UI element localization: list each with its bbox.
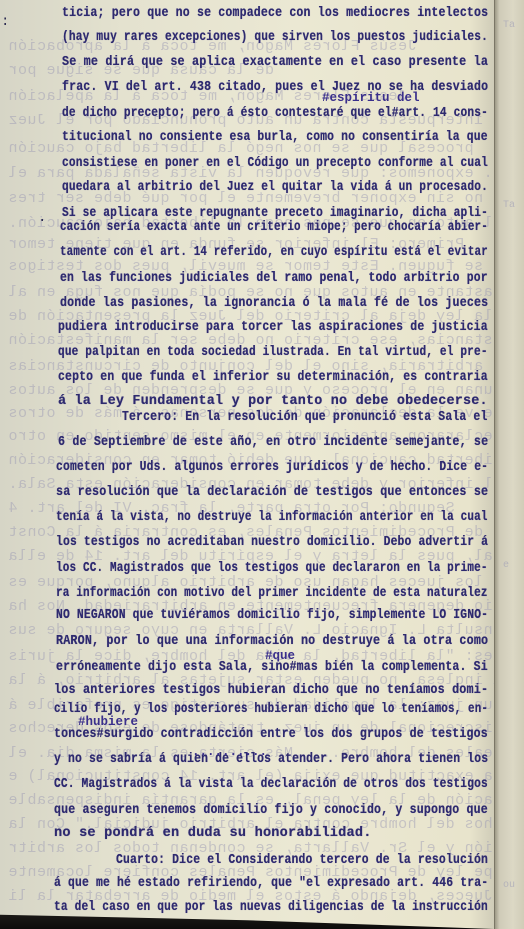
text-line: cometen por Uds. algunos errores jurídic…: [56, 460, 488, 475]
handwritten-insert: #espíritu del: [322, 91, 420, 105]
text-line: consistiese en poner en el Código un pre…: [62, 156, 488, 171]
text-line: no se pondrá en duda su honorabilidad.: [54, 826, 372, 841]
text-line: á que me hé estado refiriendo, que "el e…: [54, 876, 488, 891]
text-line: Cuarto: Dice el Considerando tercero de …: [116, 853, 488, 868]
handwritten-insert: #que: [265, 649, 295, 663]
text-line: los anteriores testigos hubieran dicho q…: [54, 683, 488, 698]
text-line: NO NEGARON que tuviéramos domicilio fijo…: [56, 608, 488, 623]
adjacent-page-ghost: Ta: [503, 20, 515, 31]
text-line: que aseguren tenemos domicilio fijo y co…: [54, 803, 488, 818]
text-line: quedara al arbitrio del Juez el quitar l…: [62, 180, 488, 195]
text-line: ticia; pero que no se compadece con los …: [62, 6, 488, 21]
text-line: tenía á la vista, no destruye la informa…: [56, 510, 488, 525]
text-line: Tercero: En la resolución que pronunció …: [122, 410, 488, 425]
text-line: titucional no consiente esa burla, como …: [62, 130, 488, 145]
text-line: 6 de Septiembre de este año, en otro inc…: [58, 435, 488, 450]
text-line: á la Ley Fundamental y por tanto no debe…: [58, 394, 488, 409]
typewritten-text: ticia; pero que no se compadece con los …: [0, 0, 494, 929]
text-line: Se me dirá que se aplica exactamente en …: [62, 55, 488, 70]
text-line: Si se aplicara este repugnante preceto i…: [62, 206, 488, 221]
text-line: los CC. Magistrados que los testigos que…: [56, 561, 488, 576]
handwritten-insert: #hubiere: [78, 715, 138, 729]
text-line: tamente con el art. 14 referido, en cuyo…: [60, 245, 488, 260]
text-line: frac. VI del art. 438 citado, pues el Ju…: [62, 80, 488, 95]
text-line: que palpitan en toda sociedad ilustrada.…: [58, 345, 488, 360]
document-page: Jesús Flores Magón, me toca á la aprobac…: [0, 0, 494, 929]
text-line: ta del caso en que por las nuevas dilige…: [54, 900, 488, 915]
text-line: RARON, por lo que una información no des…: [56, 634, 488, 649]
dotted-fill: ..........: [192, 745, 267, 759]
text-line: cación sería exacta ante un criterio mio…: [60, 220, 488, 235]
text-line: pudiera introducirse para torcer las asp…: [58, 320, 488, 335]
text-line: cepto en que funda el inferior su determ…: [58, 370, 488, 385]
text-line: de dicho precepto; pero á ésto contestar…: [62, 106, 488, 121]
text-line: los testigos no acreditaban nuestro domi…: [56, 535, 488, 550]
text-line: tonces#surgido contradicción entre los d…: [54, 727, 488, 742]
text-line: en las funciones judiciales del ramo pen…: [60, 271, 488, 286]
adjacent-page-edge: Ta Ta e ou: [494, 0, 524, 929]
text-line: sa resolución que la declaración de test…: [56, 485, 488, 500]
text-line: donde las pasiones, la ignorancia ó la m…: [60, 296, 488, 311]
text-line: CC. Magistrados á la vista la declaració…: [54, 777, 488, 792]
adjacent-page-ghost: ou: [503, 880, 515, 891]
adjacent-page-ghost: e: [503, 560, 509, 571]
adjacent-page-ghost: Ta: [503, 200, 515, 211]
text-line: (hay muy rares excepciones) que sirven l…: [62, 30, 488, 45]
text-line: y no se sabría á quien de ellos atender.…: [54, 752, 488, 767]
text-line: ra información con motivo del primer inc…: [56, 586, 488, 601]
